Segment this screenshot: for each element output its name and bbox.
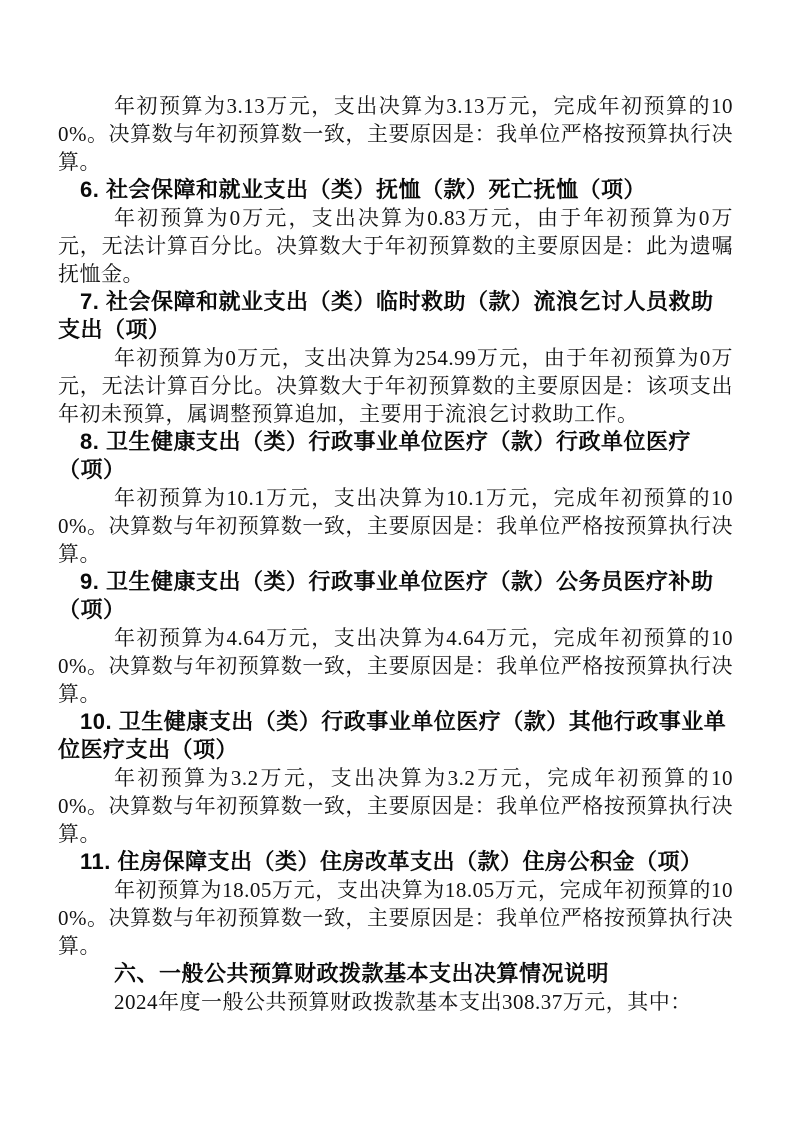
paragraph-admin-unit-medical-10-1: 年初预算为10.1万元，支出决算为10.1万元，完成年初预算的100%。决算数与…: [58, 484, 733, 568]
document-content: 年初预算为3.13万元，支出决算为3.13万元，完成年初预算的100%。决算数与…: [58, 92, 733, 1016]
heading-section-6-basic-expenditure: 六、一般公共预算财政拨款基本支出决算情况说明: [58, 960, 733, 988]
heading-item-11-housing-fund: 11. 住房保障支出（类）住房改革支出（款）住房公积金（项）: [58, 848, 733, 876]
heading-item-10-other-medical: 10. 卫生健康支出（类）行政事业单位医疗（款）其他行政事业单位医疗支出（项）: [58, 708, 733, 764]
heading-item-8-admin-unit-medical: 8. 卫生健康支出（类）行政事业单位医疗（款）行政单位医疗（项）: [58, 428, 733, 484]
paragraph-pension-3-13: 年初预算为3.13万元，支出决算为3.13万元，完成年初预算的100%。决算数与…: [58, 92, 733, 176]
paragraph-other-medical-3-2: 年初预算为3.2万元，支出决算为3.2万元，完成年初预算的100%。决算数与年初…: [58, 764, 733, 848]
paragraph-civil-servant-medical-4-64: 年初预算为4.64万元，支出决算为4.64万元，完成年初预算的100%。决算数与…: [58, 624, 733, 708]
document-page: 年初预算为3.13万元，支出决算为3.13万元，完成年初预算的100%。决算数与…: [0, 0, 793, 1122]
paragraph-temporary-relief-254-99: 年初预算为0万元，支出决算为254.99万元，由于年初预算为0万元，无法计算百分…: [58, 344, 733, 428]
heading-item-9-civil-servant-medical: 9. 卫生健康支出（类）行政事业单位医疗（款）公务员医疗补助（项）: [58, 568, 733, 624]
paragraph-death-pension-0-83: 年初预算为0万元，支出决算为0.83万元，由于年初预算为0万元，无法计算百分比。…: [58, 204, 733, 288]
paragraph-housing-fund-18-05: 年初预算为18.05万元，支出决算为18.05万元，完成年初预算的100%。决算…: [58, 876, 733, 960]
paragraph-basic-expenditure-308-37: 2024年度一般公共预算财政拨款基本支出308.37万元，其中：: [58, 988, 733, 1016]
heading-item-6-death-pension: 6. 社会保障和就业支出（类）抚恤（款）死亡抚恤（项）: [58, 176, 733, 204]
heading-item-7-temporary-relief: 7. 社会保障和就业支出（类）临时救助（款）流浪乞讨人员救助支出（项）: [58, 288, 733, 344]
